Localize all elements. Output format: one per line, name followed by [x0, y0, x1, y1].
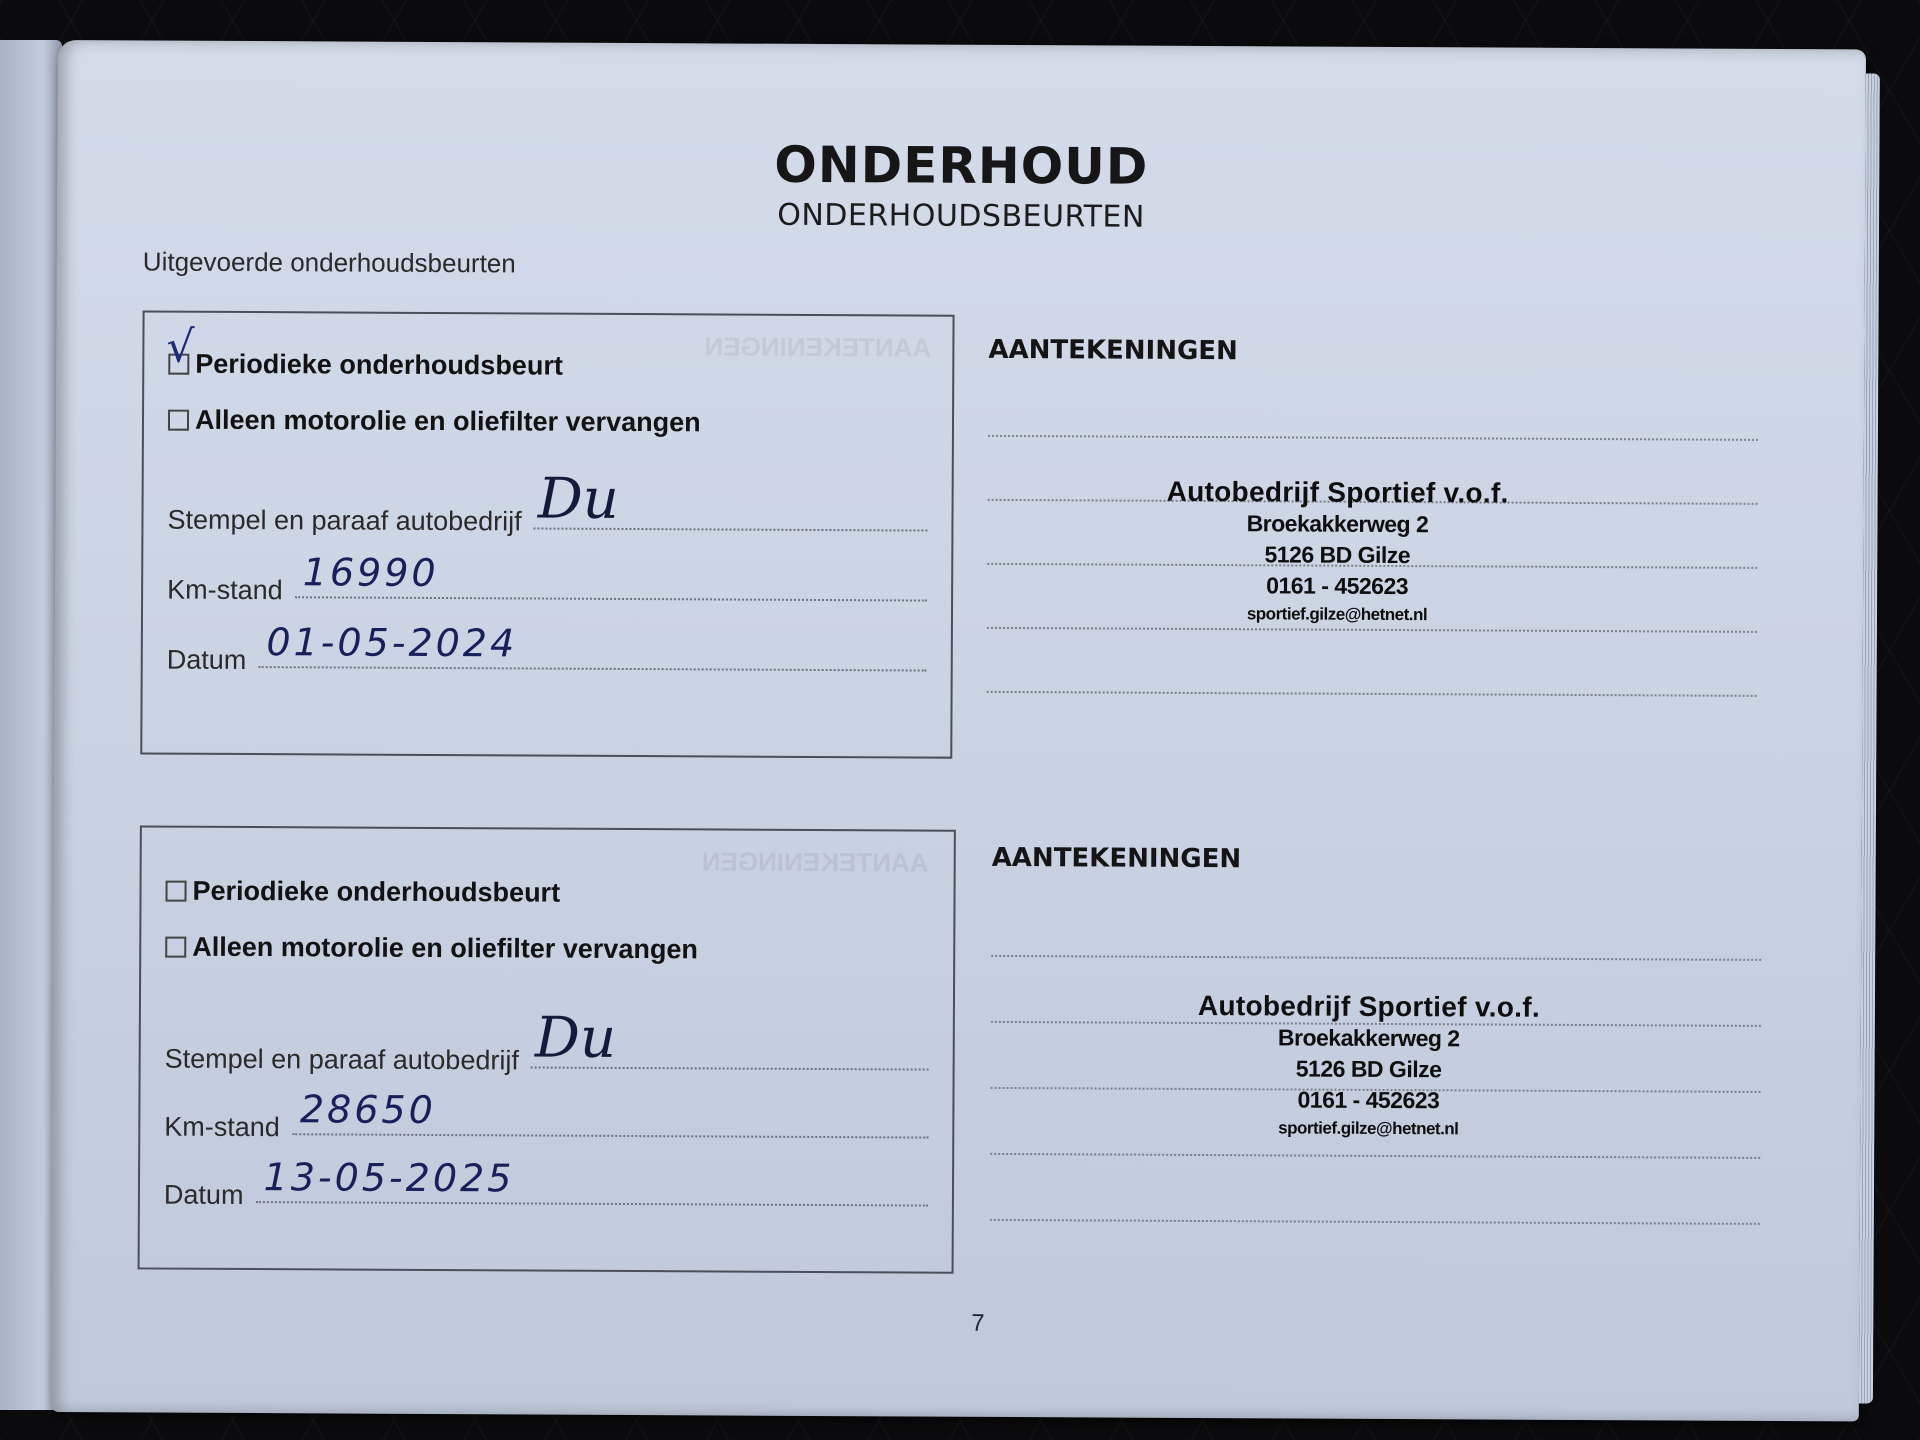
garage-stamp: Autobedrijf Sportief v.o.f. Broekakkerwe…	[1127, 476, 1548, 629]
notes-section-2: AANTEKENINGEN Autobedrijf Sportief v.o.f…	[992, 843, 1762, 877]
garage-stamp: Autobedrijf Sportief v.o.f. Broekakkerwe…	[1158, 990, 1579, 1143]
option-label: Alleen motorolie en oliefilter vervangen	[195, 405, 701, 439]
maintenance-entry-1: AANTEKENINGEN √ Periodieke onderhoudsbeu…	[140, 310, 954, 758]
section-label: Uitgevoerde onderhoudsbeurten	[143, 246, 516, 279]
notes-title: AANTEKENINGEN	[988, 335, 1758, 369]
note-line[interactable]	[990, 1219, 1760, 1225]
km-value: 28650	[300, 1087, 436, 1132]
km-field: Km-stand 16990	[167, 575, 927, 610]
handwritten-check-icon: √	[166, 322, 194, 373]
garage-phone: 0161 - 452623	[1127, 570, 1547, 603]
km-field: Km-stand 28650	[164, 1112, 928, 1147]
field-label: Stempel en paraaf autobedrijf	[165, 1044, 519, 1077]
field-label: Km-stand	[167, 575, 283, 607]
option-periodic-service[interactable]: √ Periodieke onderhoudsbeurt	[168, 349, 563, 382]
date-field: Datum 13-05-2025	[164, 1180, 928, 1215]
stamp-line[interactable]: Du	[534, 525, 928, 531]
option-oil-change-only[interactable]: Alleen motorolie en oliefilter vervangen	[168, 405, 701, 439]
stamp-field: Stempel en paraaf autobedrijf Du	[167, 505, 927, 540]
km-line[interactable]: 28650	[292, 1131, 928, 1138]
garage-city: 5126 BD Gilze	[1127, 539, 1547, 572]
date-field: Datum 01-05-2024	[167, 645, 927, 680]
date-value: 13-05-2025	[263, 1155, 514, 1200]
km-value: 16990	[303, 550, 439, 595]
bleed-through-text: AANTEKENINGEN	[704, 331, 931, 363]
field-label: Km-stand	[164, 1112, 280, 1144]
garage-email: sportief.gilze@hetnet.nl	[1127, 601, 1547, 629]
booklet-page: ONDERHOUD ONDERHOUDSBEURTEN Uitgevoerde …	[51, 40, 1866, 1421]
page-number: 7	[971, 1310, 985, 1338]
garage-name: Autobedrijf Sportief v.o.f.	[1128, 476, 1548, 510]
checkbox-unchecked[interactable]	[168, 410, 189, 431]
maintenance-entry-2: AANTEKENINGEN Periodieke onderhoudsbeurt…	[138, 825, 956, 1273]
stamp-line[interactable]: Du	[531, 1064, 929, 1070]
checkbox-unchecked[interactable]	[165, 881, 186, 902]
field-label: Stempel en paraaf autobedrijf	[167, 505, 521, 538]
page-title: ONDERHOUD	[57, 132, 1865, 199]
note-line[interactable]	[991, 955, 1761, 961]
notes-title: AANTEKENINGEN	[992, 843, 1762, 877]
checkbox-checked[interactable]: √	[168, 354, 189, 375]
km-line[interactable]: 16990	[295, 594, 927, 601]
page-subtitle: ONDERHOUDSBEURTEN	[57, 194, 1865, 238]
option-label: Periodieke onderhoudsbeurt	[192, 876, 560, 909]
garage-street: Broekakkerweg 2	[1127, 508, 1547, 541]
field-label: Datum	[167, 645, 247, 676]
garage-name: Autobedrijf Sportief v.o.f.	[1159, 990, 1579, 1024]
note-line[interactable]	[987, 691, 1757, 697]
garage-city: 5126 BD Gilze	[1159, 1053, 1579, 1086]
garage-phone: 0161 - 452623	[1158, 1084, 1578, 1117]
option-oil-change-only[interactable]: Alleen motorolie en oliefilter vervangen	[165, 932, 698, 966]
signature: Du	[538, 467, 619, 532]
note-line[interactable]	[990, 1153, 1760, 1159]
option-periodic-service[interactable]: Periodieke onderhoudsbeurt	[165, 876, 560, 909]
garage-email: sportief.gilze@hetnet.nl	[1158, 1115, 1578, 1143]
bleed-through-text: AANTEKENINGEN	[702, 846, 929, 878]
option-label: Alleen motorolie en oliefilter vervangen	[192, 932, 698, 966]
note-line[interactable]	[988, 435, 1758, 441]
signature: Du	[535, 1006, 616, 1071]
option-label: Periodieke onderhoudsbeurt	[195, 349, 563, 382]
checkbox-unchecked[interactable]	[165, 937, 186, 958]
notes-section-1: AANTEKENINGEN Autobedrijf Sportief v.o.f…	[988, 335, 1758, 369]
field-label: Datum	[164, 1180, 244, 1211]
garage-street: Broekakkerweg 2	[1159, 1022, 1579, 1055]
date-value: 01-05-2024	[266, 620, 517, 665]
date-line[interactable]: 13-05-2025	[255, 1199, 927, 1207]
date-line[interactable]: 01-05-2024	[258, 664, 926, 672]
stamp-field: Stempel en paraaf autobedrijf Du	[165, 1044, 929, 1079]
